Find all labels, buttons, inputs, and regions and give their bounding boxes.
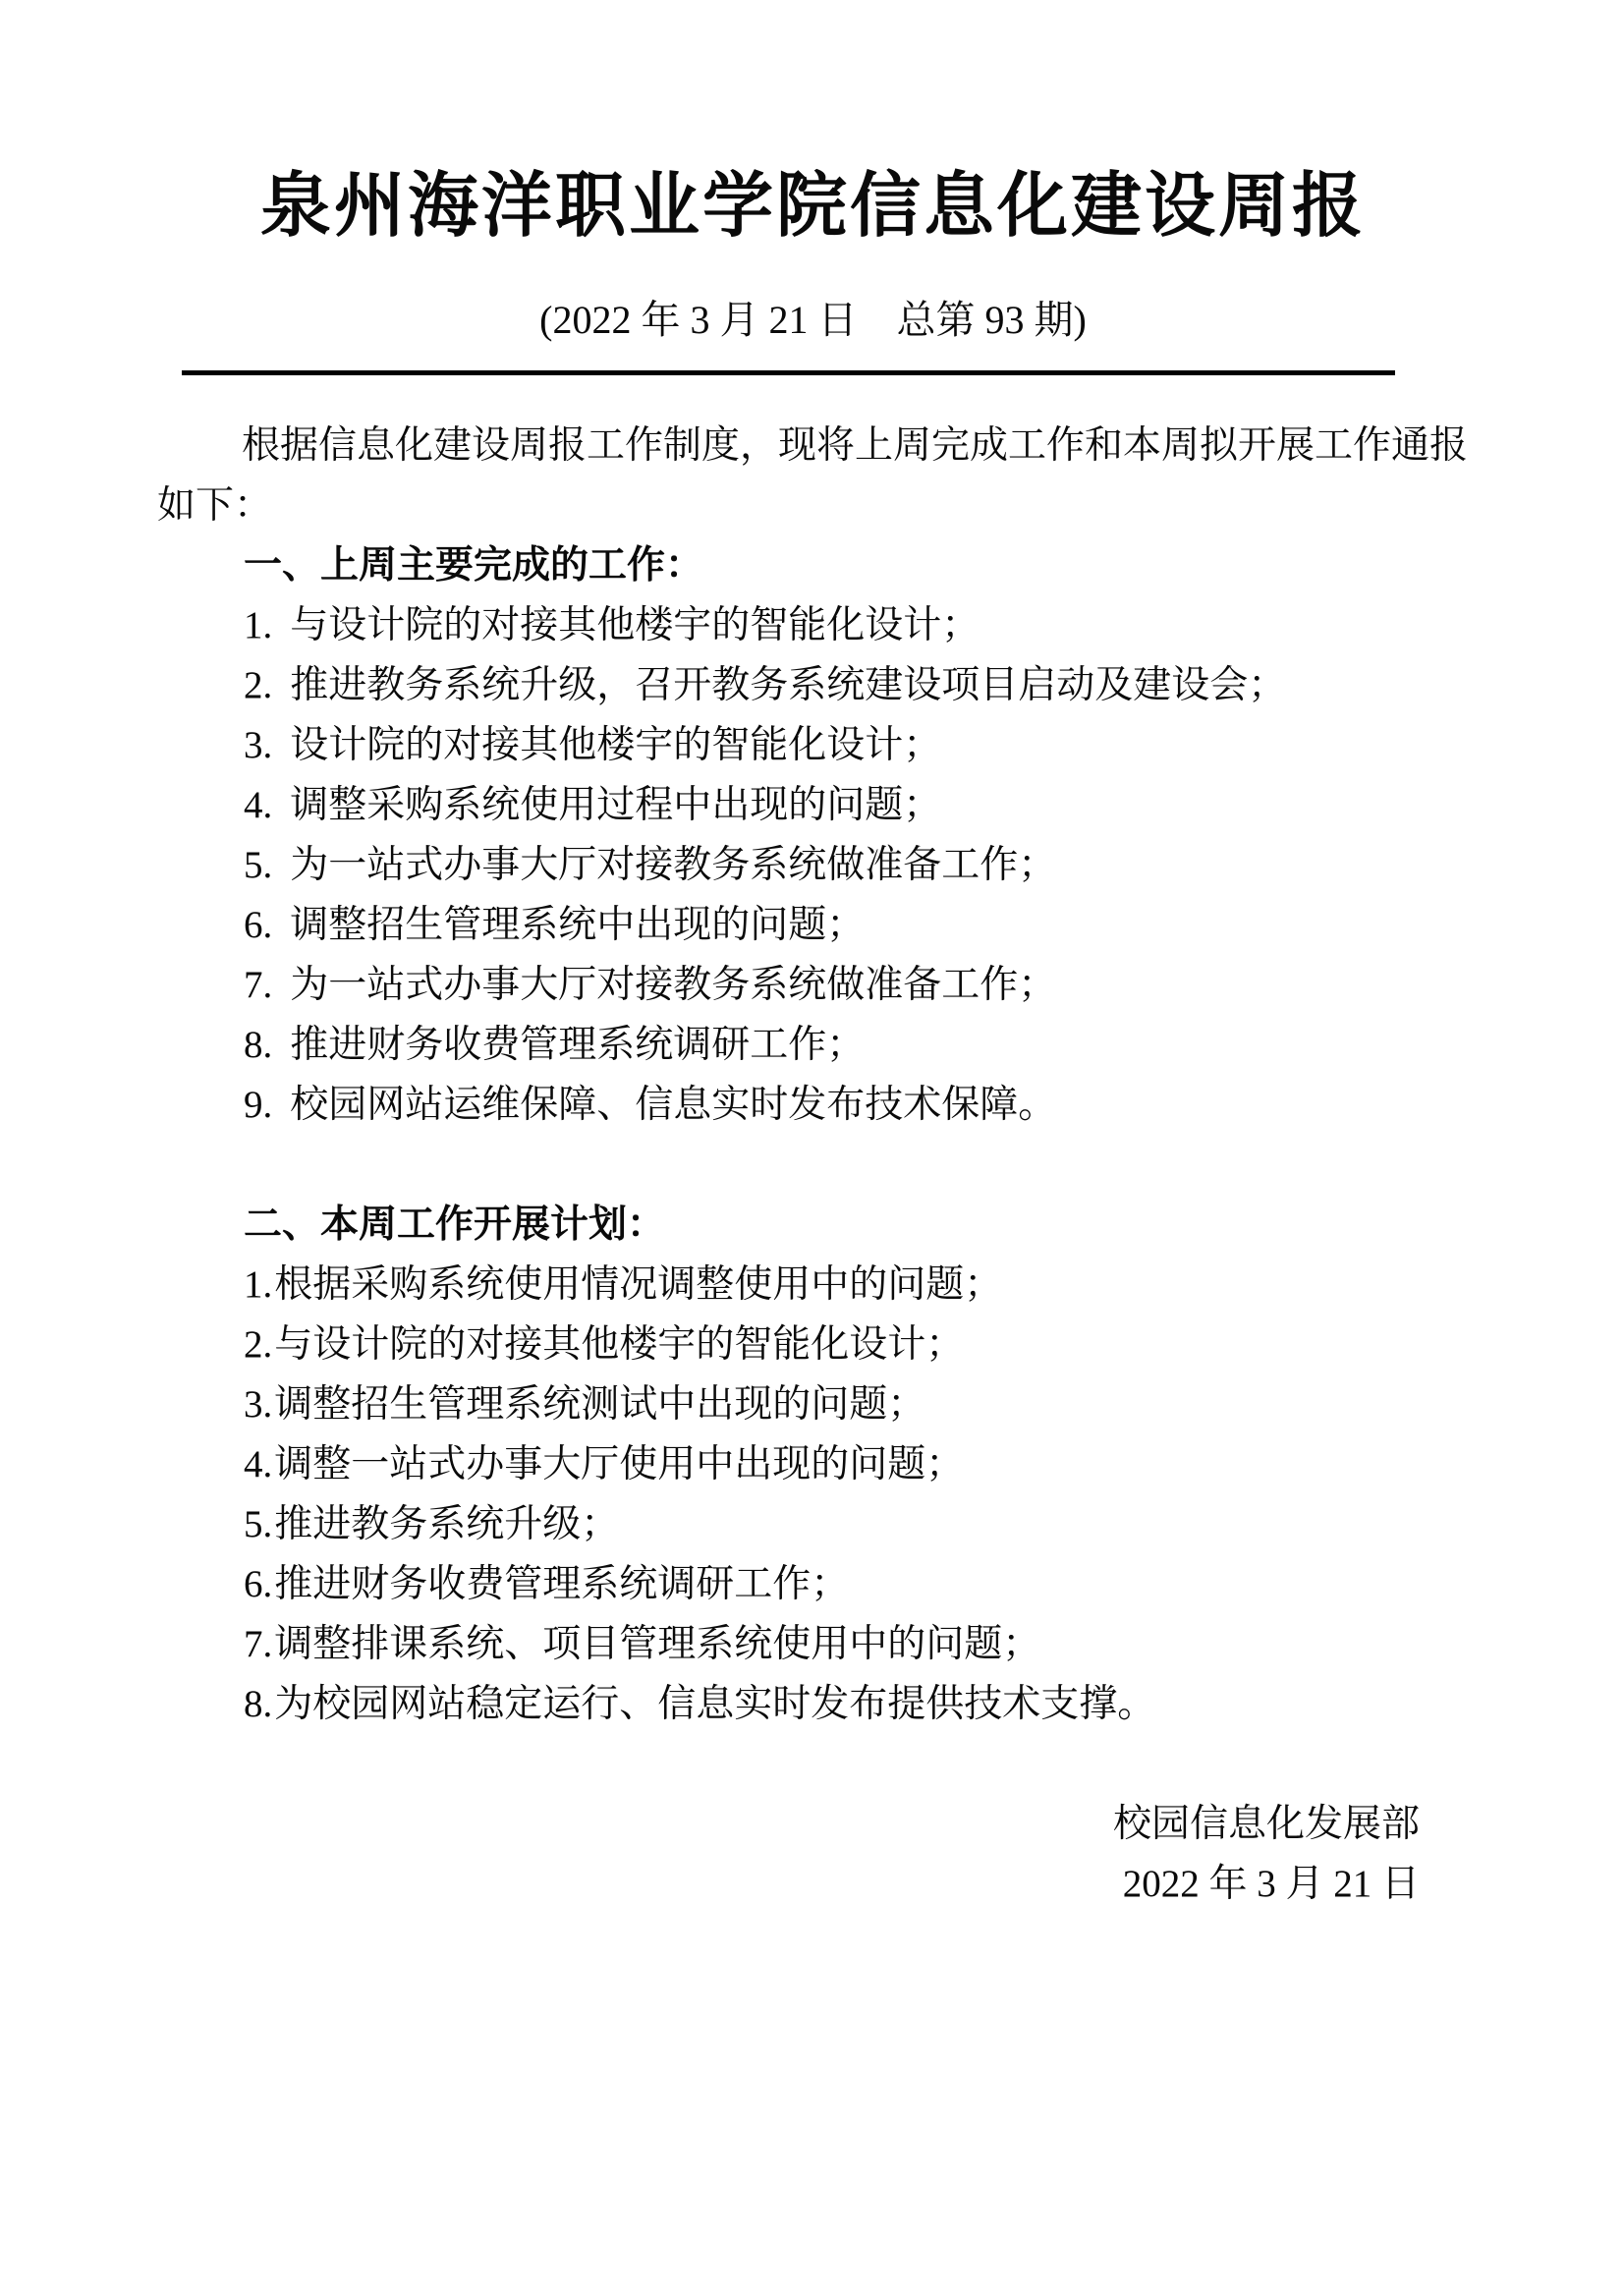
- item-number: 9.: [244, 1075, 272, 1135]
- spacer: [157, 1135, 1469, 1195]
- item-text: 调整招生管理系统中出现的问题；: [290, 904, 865, 946]
- item-number: 4.: [244, 1434, 272, 1494]
- item-number: 7.: [244, 955, 272, 1015]
- list-item: 4.调整一站式办事大厅使用中出现的问题；: [157, 1434, 1469, 1494]
- intro-line-1: 根据信息化建设周报工作制度，现将上周完成工作和本周拟开展工作通报: [157, 416, 1469, 476]
- list-item: 6.调整招生管理系统中出现的问题；: [157, 895, 1469, 955]
- document-body: 根据信息化建设周报工作制度，现将上周完成工作和本周拟开展工作通报 如下： 一、上…: [157, 416, 1469, 1914]
- section-2-list: 1.根据采购系统使用情况调整使用中的问题； 2.与设计院的对接其他楼宇的智能化设…: [157, 1255, 1469, 1734]
- issue-line: (2022 年 3 月 21 日 总第 93 期): [157, 297, 1469, 344]
- list-item: 8.为校园网站稳定运行、信息实时发布提供技术支撑。: [157, 1674, 1469, 1734]
- item-number: 7.: [244, 1614, 272, 1674]
- title-divider-rule: [182, 370, 1395, 375]
- item-number: 2.: [244, 655, 272, 715]
- list-item: 2.推进教务系统升级，召开教务系统建设项目启动及建设会；: [157, 655, 1469, 715]
- item-text: 为校园网站稳定运行、信息实时发布提供技术支撑。: [274, 1683, 1155, 1725]
- item-text: 设计院的对接其他楼宇的智能化设计；: [290, 724, 941, 766]
- item-text: 与设计院的对接其他楼宇的智能化设计；: [274, 1323, 964, 1366]
- section-2-heading: 二、本周工作开展计划：: [157, 1195, 1469, 1255]
- item-number: 2.: [244, 1315, 272, 1374]
- item-number: 4.: [244, 775, 272, 835]
- list-item: 5.为一站式办事大厅对接教务系统做准备工作；: [157, 835, 1469, 895]
- item-number: 1.: [244, 1255, 272, 1315]
- list-item: 5.推进教务系统升级；: [157, 1494, 1469, 1554]
- item-number: 3.: [244, 1374, 272, 1434]
- item-number: 3.: [244, 715, 272, 775]
- list-item: 2.与设计院的对接其他楼宇的智能化设计；: [157, 1315, 1469, 1374]
- item-number: 5.: [244, 835, 272, 895]
- list-item: 1.与设计院的对接其他楼宇的智能化设计；: [157, 595, 1469, 655]
- list-item: 3.设计院的对接其他楼宇的智能化设计；: [157, 715, 1469, 775]
- document-page: 泉州海洋职业学院信息化建设周报 (2022 年 3 月 21 日 总第 93 期…: [0, 0, 1624, 2296]
- document-title: 泉州海洋职业学院信息化建设周报: [157, 0, 1469, 248]
- item-text: 推进教务系统升级；: [274, 1503, 619, 1545]
- list-item: 7.为一站式办事大厅对接教务系统做准备工作；: [157, 955, 1469, 1015]
- item-text: 推进财务收费管理系统调研工作；: [274, 1563, 849, 1605]
- list-item: 6.推进财务收费管理系统调研工作；: [157, 1554, 1469, 1614]
- item-text: 调整招生管理系统测试中出现的问题；: [274, 1383, 925, 1426]
- list-item: 3.调整招生管理系统测试中出现的问题；: [157, 1374, 1469, 1434]
- item-number: 6.: [244, 895, 272, 955]
- item-number: 6.: [244, 1554, 272, 1614]
- list-item: 8.推进财务收费管理系统调研工作；: [157, 1015, 1469, 1075]
- item-text: 推进财务收费管理系统调研工作；: [290, 1024, 865, 1066]
- item-text: 调整一站式办事大厅使用中出现的问题；: [274, 1443, 964, 1485]
- item-number: 5.: [244, 1494, 272, 1554]
- item-number: 8.: [244, 1674, 272, 1734]
- signature-block: 校园信息化发展部 2022 年 3 月 21 日: [157, 1794, 1469, 1914]
- intro-line-2: 如下：: [157, 476, 1469, 535]
- item-text: 推进教务系统升级，召开教务系统建设项目启动及建设会；: [290, 664, 1286, 706]
- list-item: 4.调整采购系统使用过程中出现的问题；: [157, 775, 1469, 835]
- document-content: 泉州海洋职业学院信息化建设周报 (2022 年 3 月 21 日 总第 93 期…: [0, 0, 1624, 1914]
- item-number: 1.: [244, 595, 272, 655]
- item-text: 调整采购系统使用过程中出现的问题；: [290, 784, 941, 826]
- item-text: 调整排课系统、项目管理系统使用中的问题；: [274, 1623, 1040, 1665]
- list-item: 9.校园网站运维保障、信息实时发布技术保障。: [157, 1075, 1469, 1135]
- item-text: 为一站式办事大厅对接教务系统做准备工作；: [290, 844, 1056, 886]
- item-text: 校园网站运维保障、信息实时发布技术保障。: [290, 1084, 1056, 1126]
- item-text: 与设计院的对接其他楼宇的智能化设计；: [290, 604, 980, 646]
- item-number: 8.: [244, 1015, 272, 1075]
- list-item: 7.调整排课系统、项目管理系统使用中的问题；: [157, 1614, 1469, 1674]
- signature-date: 2022 年 3 月 21 日: [157, 1854, 1420, 1914]
- list-item: 1.根据采购系统使用情况调整使用中的问题；: [157, 1255, 1469, 1315]
- item-text: 为一站式办事大厅对接教务系统做准备工作；: [290, 964, 1056, 1006]
- item-text: 根据采购系统使用情况调整使用中的问题；: [274, 1263, 1002, 1306]
- section-1-heading: 一、上周主要完成的工作：: [157, 535, 1469, 595]
- section-1-list: 1.与设计院的对接其他楼宇的智能化设计； 2.推进教务系统升级，召开教务系统建设…: [157, 595, 1469, 1135]
- signature-department: 校园信息化发展部: [157, 1794, 1420, 1854]
